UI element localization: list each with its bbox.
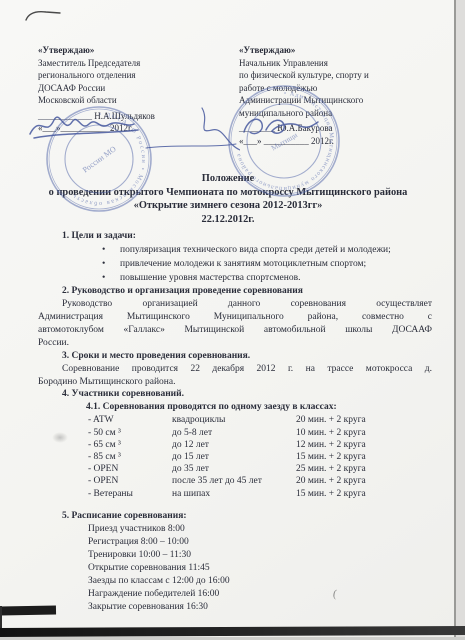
bullet-dot: • <box>102 271 120 285</box>
class-row: - 85 см ³ до 15 лет 15 мин. + 2 круга <box>38 451 432 463</box>
class-duration: 15 мин. + 2 круга <box>296 488 366 500</box>
class-detail: до 5-8 лет <box>172 427 296 439</box>
schedule-item: Приезд участников 8:00 <box>38 523 432 536</box>
title-line-3: «Открытие зимнего сезона 2012-2013гг» <box>0 199 456 213</box>
class-duration: 10 мин. + 2 круга <box>296 427 366 439</box>
title-line-1: Положение <box>0 172 456 186</box>
section-2-paragraph: Руководство организацией данного соревно… <box>38 298 432 350</box>
approvals-header: «Утверждаю» Заместитель Председателя рег… <box>0 0 456 147</box>
approval-left-signature-row: ____________ Н.А.Шульдяков <box>38 110 239 123</box>
scan-shadow-bottom-left <box>0 606 56 616</box>
bullet-text: повышение уровня мастерства спортсменов. <box>120 271 300 285</box>
paragraph-line: Администрация Мытищинского Муниципальног… <box>38 311 432 324</box>
schedule-item: Заезды по классам с 12:00 до 16:00 <box>38 575 432 588</box>
approval-right-heading: «Утверждаю» <box>239 44 440 57</box>
scan-edge-right-line <box>454 0 456 640</box>
section-2-heading: 2. Руководство и организация проведение … <box>38 285 432 298</box>
approval-block-left: «Утверждаю» Заместитель Председателя рег… <box>38 44 239 147</box>
class-duration: 15 мин. + 2 круга <box>296 451 366 463</box>
scan-edge-right <box>456 0 465 640</box>
approval-left-line: Заместитель Председателя <box>38 57 239 70</box>
approval-block-right: «Утверждаю» Начальник Управления по физи… <box>239 44 440 147</box>
signature-underline: ________ <box>239 123 275 133</box>
approval-left-line: регионального отделения <box>38 69 239 82</box>
class-row: - 65 см ³ до 12 лет 12 мин. + 2 круга <box>38 439 432 451</box>
section-1-heading: 1. Цели и задачи: <box>38 230 432 243</box>
bullet-text: популяризация технического вида спорта с… <box>120 243 391 257</box>
bullet-item: • популяризация технического вида спорта… <box>38 243 432 257</box>
class-name: - 65 см ³ <box>88 439 172 451</box>
class-row: - 50 см ³ до 5-8 лет 10 мин. + 2 круга <box>38 427 432 439</box>
title-line-2: о проведении открытого Чемпионата по мот… <box>0 186 456 200</box>
class-name: - Ветераны <box>88 488 172 500</box>
class-name: - 50 см ³ <box>88 427 172 439</box>
approval-right-line: муниципального района <box>239 107 440 120</box>
paper-sheet: «Утверждаю» Заместитель Председателя рег… <box>0 0 456 640</box>
section-4-subheading: 4.1. Соревнования проводятся по одному з… <box>38 401 432 414</box>
document-body: 1. Цели и задачи: • популяризация технич… <box>0 230 456 615</box>
approval-left-line: Московской области <box>38 94 239 107</box>
approval-right-line: Администрации Мытищинского <box>239 94 440 107</box>
class-name: - ATW <box>88 414 172 426</box>
bullet-dot: • <box>102 257 120 271</box>
class-detail: до 35 лет <box>172 463 296 475</box>
bullet-dot: • <box>102 243 120 257</box>
class-row: - OPEN после 35 лет до 45 лет 20 мин. + … <box>38 475 432 487</box>
bullet-item: • повышение уровня мастерства спортсмено… <box>38 271 432 285</box>
class-duration: 25 мин. + 2 круга <box>296 463 366 475</box>
approval-left-heading: «Утверждаю» <box>38 44 239 57</box>
paragraph-line: Бородино Мытищинского района. <box>38 376 432 389</box>
class-name: - OPEN <box>88 475 172 487</box>
class-detail: квадроциклы <box>172 414 296 426</box>
class-detail: на шипах <box>172 488 296 500</box>
approval-right-line: Начальник Управления <box>239 57 440 70</box>
approval-right-signatory-name: Ю.А.Бакурова <box>277 123 332 133</box>
schedule-item: Открытие соревнования 11:45 <box>38 562 432 575</box>
paragraph-line: России. <box>38 337 432 350</box>
section-4-heading: 4. Участники соревнований. <box>38 388 432 401</box>
bullet-item: • привлечение молодежи к занятиям мотоци… <box>38 257 432 271</box>
class-detail: до 12 лет <box>172 439 296 451</box>
class-duration: 12 мин. + 2 круга <box>296 439 366 451</box>
schedule-list: Приезд участников 8:00 Регистрация 8:00 … <box>38 523 432 615</box>
document-title: Положение о проведении открытого Чемпион… <box>0 172 456 226</box>
approval-right-line: работе с молодёжью <box>239 82 440 95</box>
class-name: - OPEN <box>88 463 172 475</box>
scanned-page: «Утверждаю» Заместитель Председателя рег… <box>0 0 465 640</box>
class-duration: 20 мин. + 2 круга <box>296 414 366 426</box>
approval-left-date-line: «___»___________2012г. <box>38 122 239 135</box>
class-name: - 85 см ³ <box>88 451 172 463</box>
approval-right-line: по физической культуре, спорту и <box>239 69 440 82</box>
approval-right-date-line: «___» __________ 2012г. <box>239 135 440 148</box>
approval-left-line: ДОСААФ России <box>38 82 239 95</box>
class-row: - Ветераны на шипах 15 мин. + 2 круга <box>38 488 432 500</box>
class-duration: 20 мин. + 2 круга <box>296 475 366 487</box>
signature-underline: ____________ <box>38 111 92 121</box>
paragraph-line: Руководство организацией данного соревно… <box>38 298 432 311</box>
title-line-4: 22.12.2012г. <box>0 213 456 227</box>
paragraph-line: автомотоклубом «Галлакс» Мытищинской авт… <box>38 324 432 337</box>
approval-right-signature-row: ________ Ю.А.Бакурова <box>239 122 440 135</box>
schedule-item: Тренировки 10:00 – 11:30 <box>38 549 432 562</box>
class-detail: после 35 лет до 45 лет <box>172 475 296 487</box>
class-row: - OPEN до 35 лет 25 мин. + 2 круга <box>38 463 432 475</box>
class-detail: до 15 лет <box>172 451 296 463</box>
schedule-item: Награждение победителей 16:00 <box>38 588 432 601</box>
schedule-item: Закрытие соревнования 16:30 <box>38 601 432 614</box>
class-table: - ATW квадроциклы 20 мин. + 2 круга - 50… <box>38 414 432 499</box>
section-3-heading: 3. Сроки и место проведения соревнования… <box>38 350 432 363</box>
approval-left-signatory-name: Н.А.Шульдяков <box>94 111 155 121</box>
smudge-mark <box>52 432 68 443</box>
paragraph-line: Соревнование проводится 22 декабря 2012 … <box>38 363 432 376</box>
section-3-paragraph: Соревнование проводится 22 декабря 2012 … <box>38 363 432 389</box>
schedule-item: Регистрация 8:00 – 10:00 <box>38 536 432 549</box>
stamp-left-center-text: России МО <box>81 144 118 174</box>
class-row: - ATW квадроциклы 20 мин. + 2 круга <box>38 414 432 426</box>
section-5-heading: 5. Расписание соревнования: <box>38 510 432 523</box>
bullet-text: привлечение молодежи к занятиям мотоцикл… <box>120 257 366 271</box>
